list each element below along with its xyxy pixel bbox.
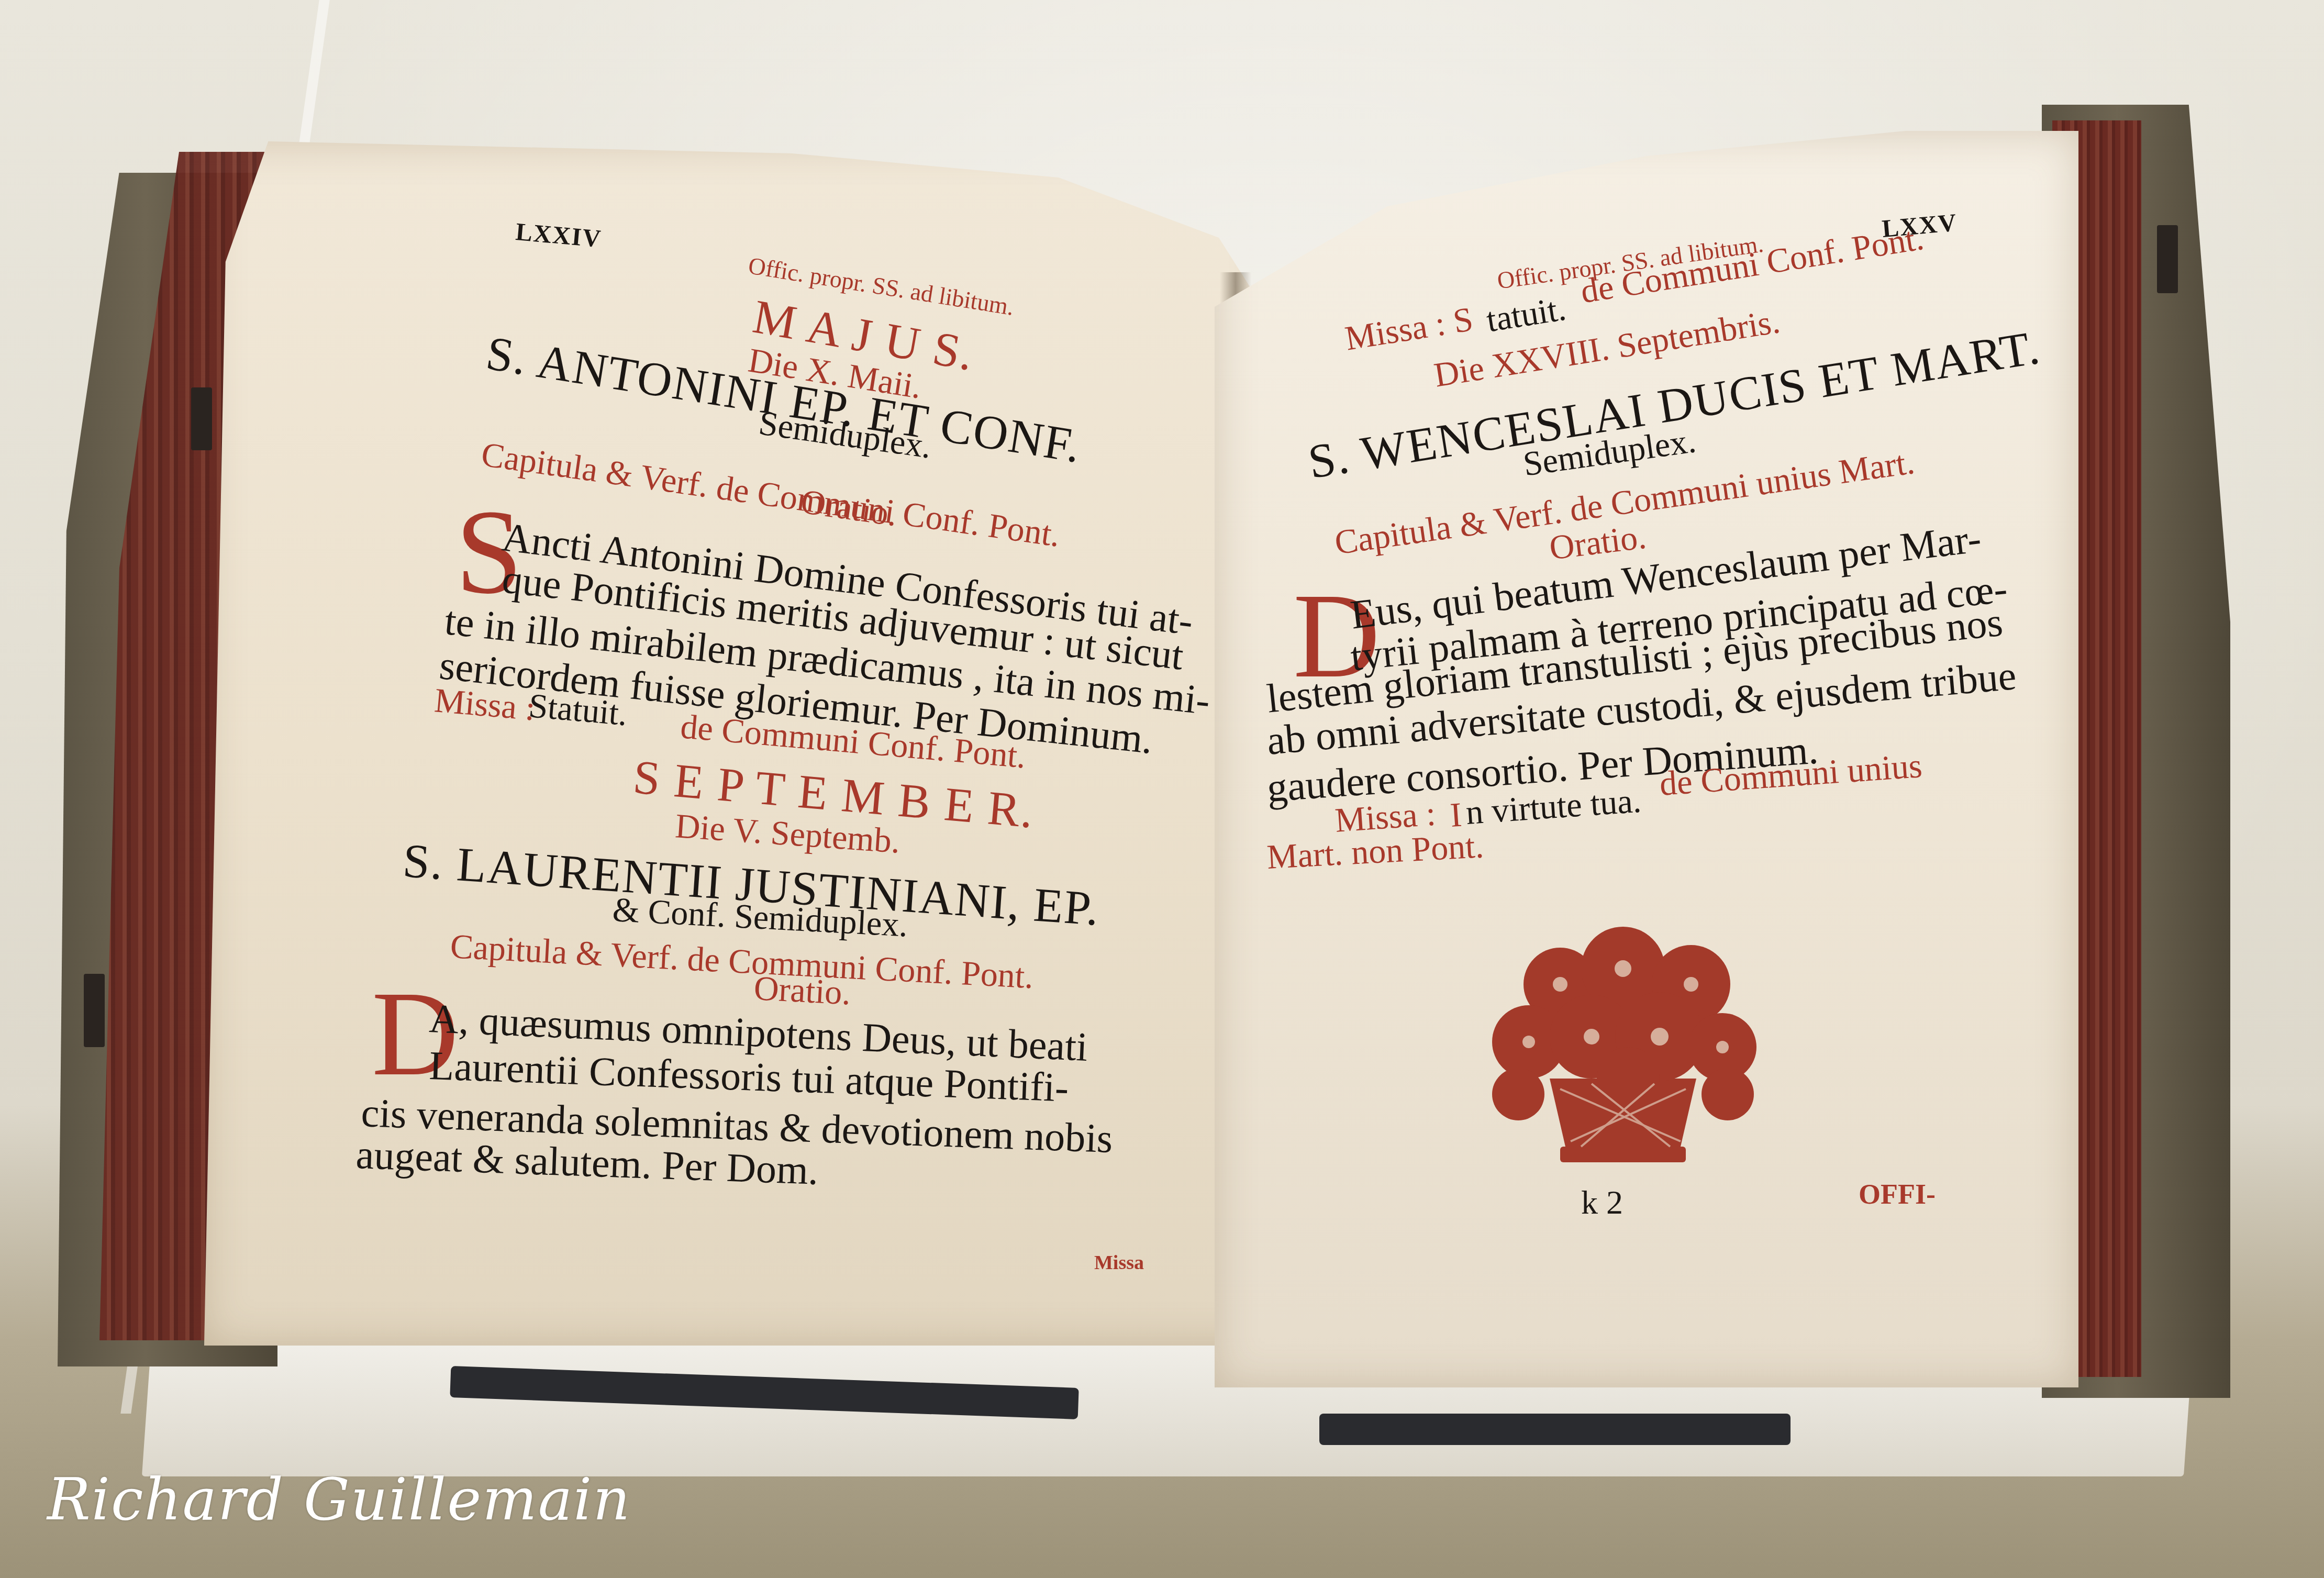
flower-basket-woodcut-icon [1455, 921, 1791, 1173]
right-catchword: OFFI- [1859, 1178, 1936, 1210]
clasp-bottom [84, 974, 105, 1047]
photographer-watermark: Richard Guillemain [47, 1466, 631, 1533]
book: LXXIV Offic. propr. SS. ad libitum. M A … [0, 0, 2324, 1578]
signature-mark: k 2 [1581, 1183, 1623, 1222]
left-catchword: Missa [1094, 1251, 1144, 1274]
clasp-right [2157, 225, 2178, 293]
missa-1-text: Statuit. [527, 686, 629, 734]
oratio-2: Oratio. [753, 969, 852, 1014]
clasp-top [191, 387, 212, 450]
